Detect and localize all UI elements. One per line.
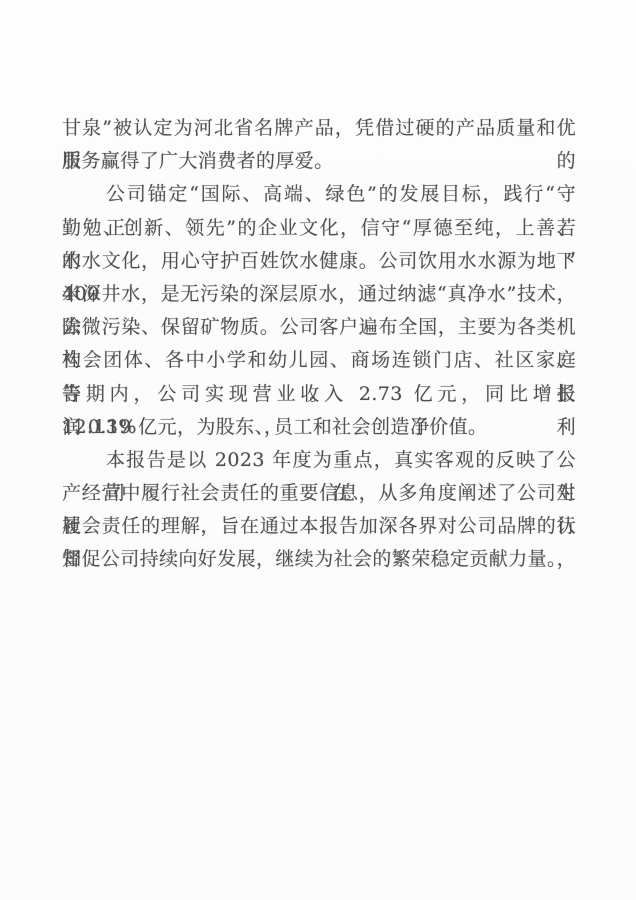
text-line: 社会责任的理解，旨在通过本报告加深各界对公司品牌的认知， bbox=[62, 510, 576, 543]
text-line: 社会团体、各中小学和幼儿园、商场连锁门店、社区家庭等。报 bbox=[62, 344, 576, 377]
text-line: 本报告是以 2023 年度为重点，真实客观的反映了公司在生 bbox=[62, 444, 576, 477]
text-line: 公司锚定“国际、高端、绿色”的发展目标，践行“守正、 bbox=[62, 178, 576, 211]
text-line: 告期内，公司实现营业收入 2.73 亿元，同比增长 12.13%，净利 bbox=[62, 378, 576, 411]
text-line: 产经营中履行社会责任的重要信息，从多角度阐述了公司对履行 bbox=[62, 477, 576, 510]
text-line: 的水文化，用心守护百姓饮水健康。公司饮用水水源为地下 400 bbox=[62, 245, 576, 278]
body-text-block: 甘泉”被认定为河北省名牌产品，凭借过硬的产品质量和优质的 服务赢得了广大消费者的… bbox=[62, 112, 576, 577]
text-line: 米深井水，是无污染的深层原水，通过纳滤“真净水”技术，去 bbox=[62, 278, 576, 311]
text-line: 除微污染、保留矿物质。公司客户遍布全国，主要为各类机构、 bbox=[62, 311, 576, 344]
text-line: 勤勉、创新、领先”的企业文化，信守“厚德至纯，上善若水” bbox=[62, 212, 576, 245]
text-line: 督促公司持续向好发展，继续为社会的繁荣稳定贡献力量。 bbox=[62, 543, 576, 576]
text-line: 甘泉”被认定为河北省名牌产品，凭借过硬的产品质量和优质的 bbox=[62, 112, 576, 145]
document-page: 甘泉”被认定为河北省名牌产品，凭借过硬的产品质量和优质的 服务赢得了广大消费者的… bbox=[0, 0, 636, 900]
